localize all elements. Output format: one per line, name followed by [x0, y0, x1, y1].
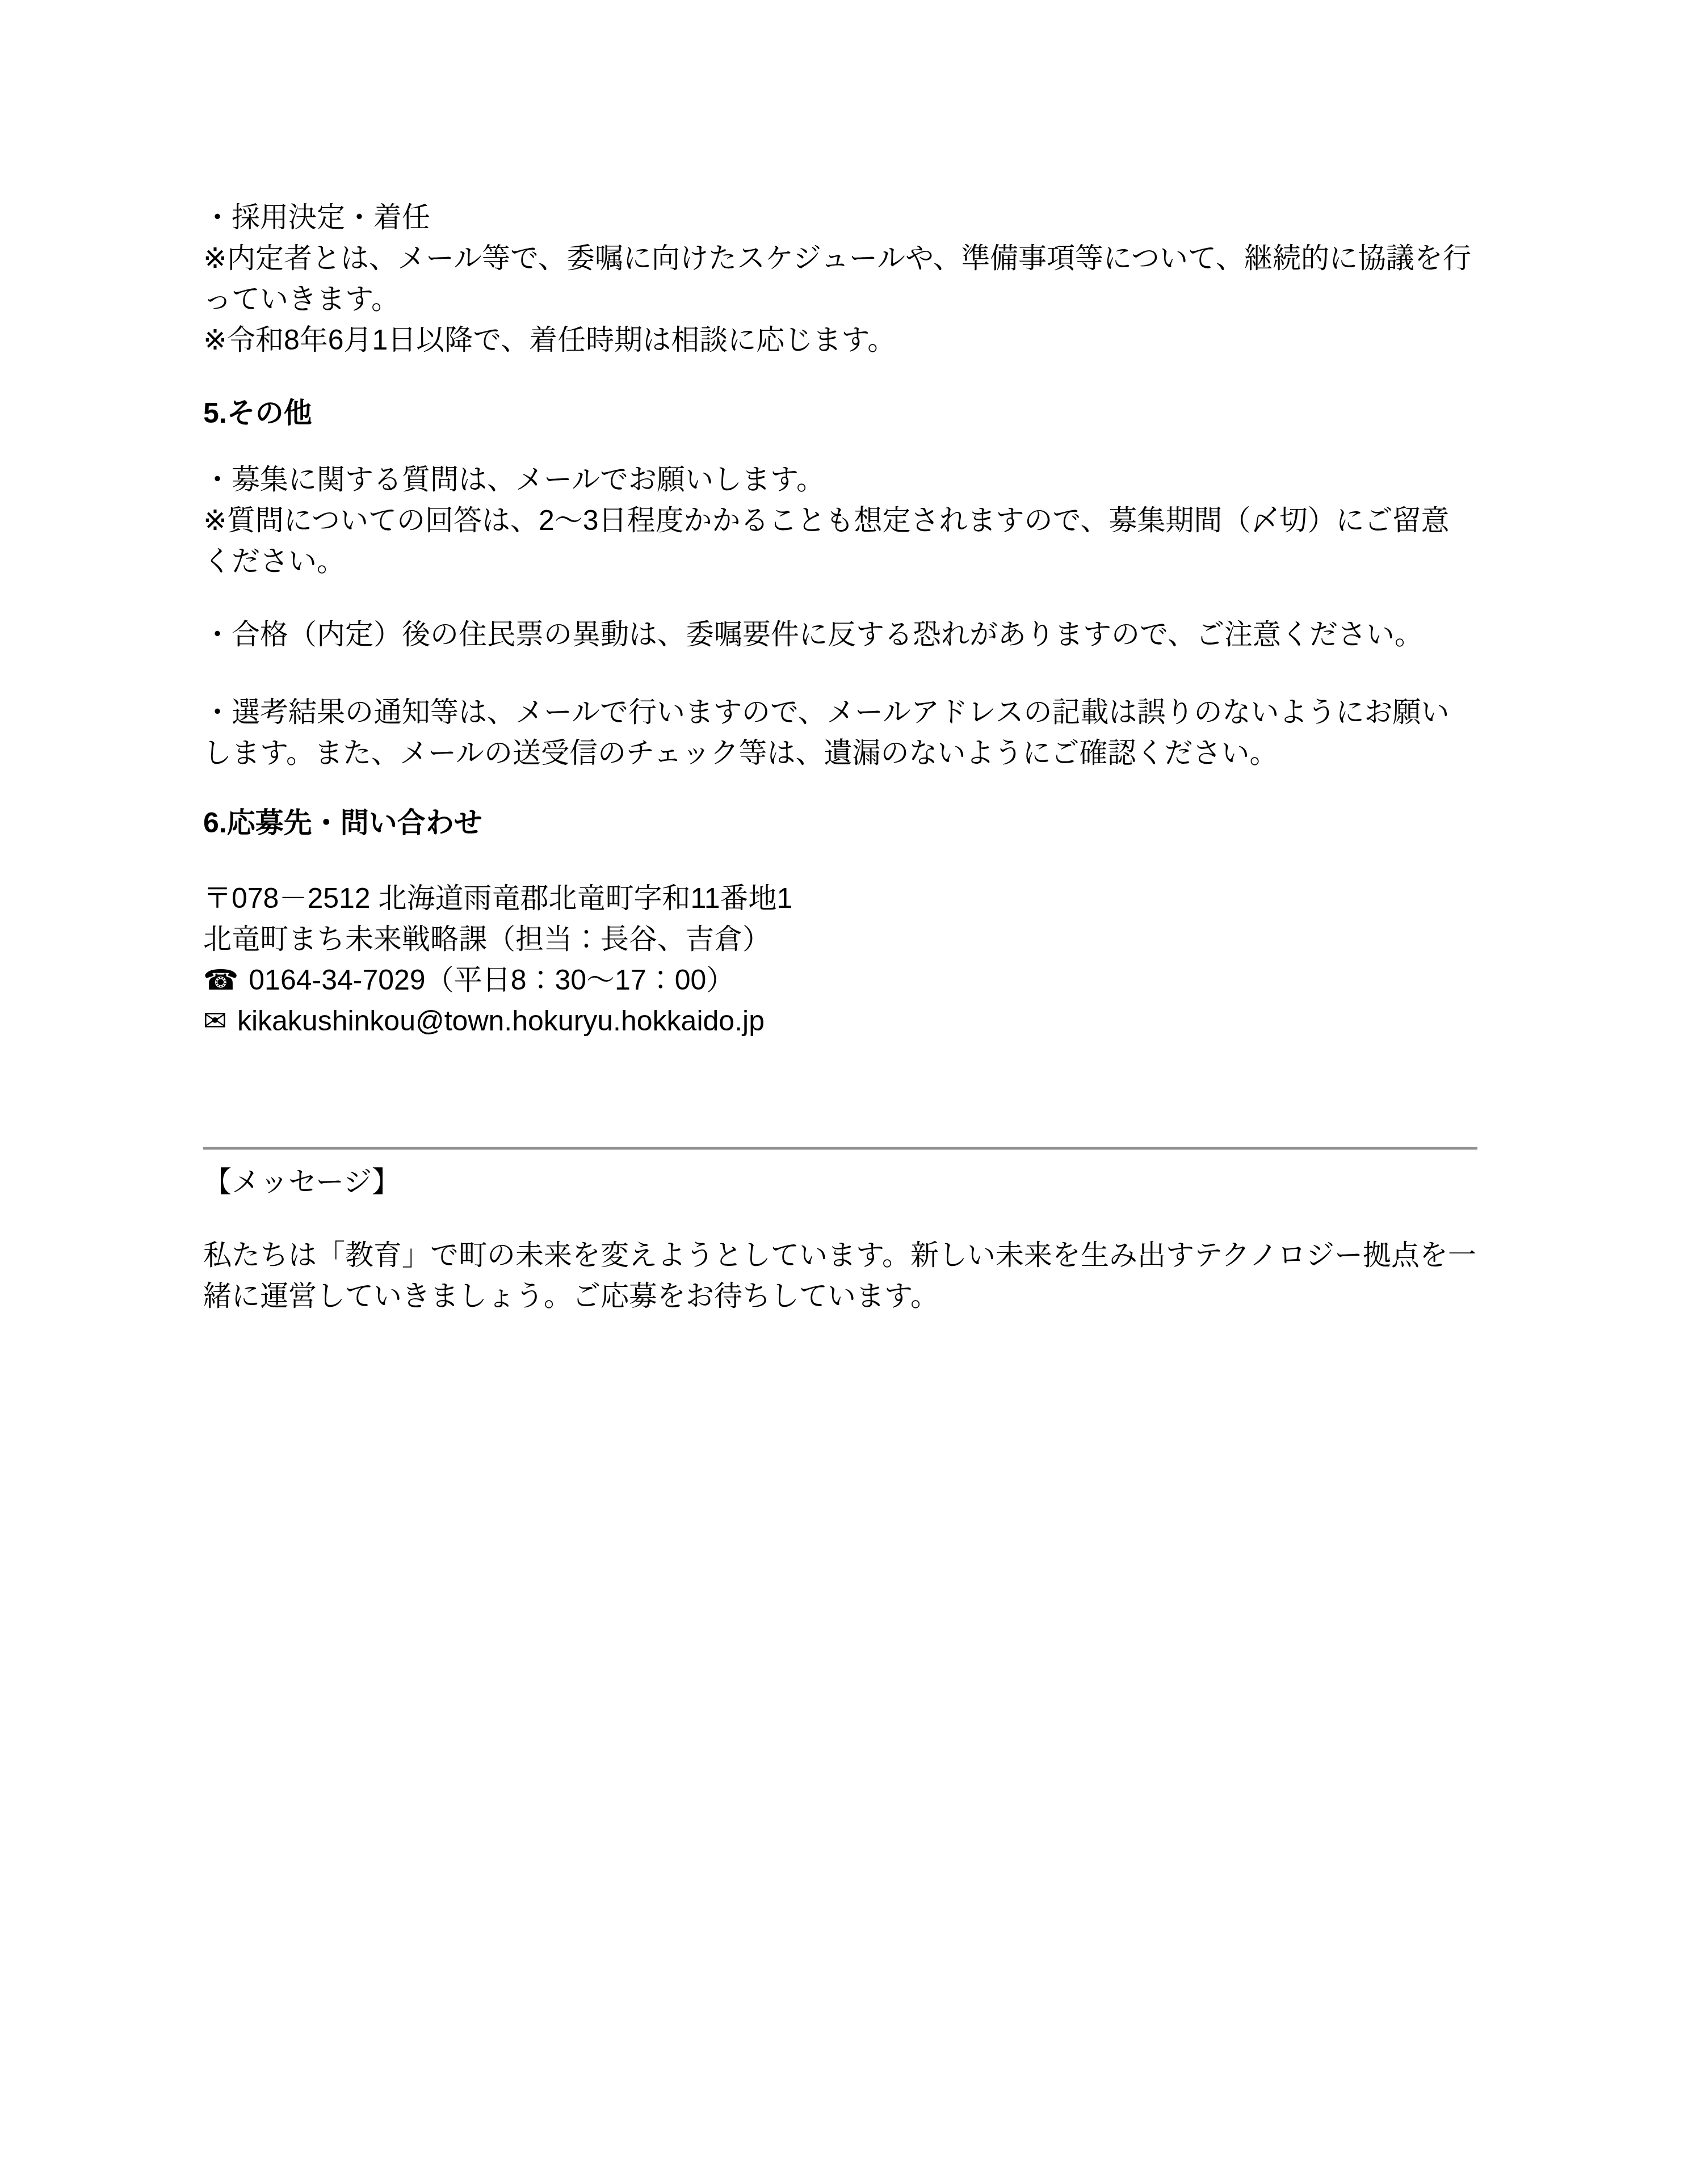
- paragraph-other-questions: ・募集に関する質問は、メールでお願いします。 ※質問についての回答は、2～3日程…: [203, 459, 1477, 582]
- results-note-line: ・選考結果の通知等は、メールで行いますので、メールアドレスの記載は誤りのないよう…: [203, 692, 1477, 773]
- paragraph-contact: 〒078－2512 北海道雨竜郡北竜町字和11番地1 北竜町まち未来戦略課（担当…: [203, 878, 1477, 1041]
- phone-icon: ☎: [203, 960, 238, 1000]
- appointment-note-2: ※令和8年6月1日以降で、着任時期は相談に応じます。: [203, 319, 1477, 360]
- paragraph-results-note: ・選考結果の通知等は、メールで行いますので、メールアドレスの記載は誤りのないよう…: [203, 692, 1477, 773]
- other-question-note: ※質問についての回答は、2～3日程度かかることも想定されますので、募集期間（〆切…: [203, 500, 1477, 582]
- appointment-note-1: ※内定者とは、メール等で、委嘱に向けたスケジュールや、準備事項等について、継続的…: [203, 238, 1477, 319]
- contact-phone-line: ☎0164-34-7029（平日8：30～17：00）: [203, 960, 1477, 1000]
- section-heading-contact: 6.応募先・問い合わせ: [203, 802, 1477, 843]
- paragraph-message: 私たちは「教育」で町の未来を変えようとしています。新しい未来を生み出すテクノロジ…: [203, 1235, 1477, 1316]
- contact-email-line: ✉kikakushinkou@town.hokuryu.hokkaido.jp: [203, 1000, 1477, 1041]
- appointment-title-line: ・採用決定・着任: [203, 197, 1477, 238]
- residence-note-line: ・合格（内定）後の住民票の異動は、委嘱要件に反する恐れがありますので、ご注意くだ…: [203, 614, 1477, 655]
- email-icon: ✉: [203, 1000, 227, 1041]
- contact-address-line-1: 〒078－2512 北海道雨竜郡北竜町字和11番地1: [203, 878, 1477, 919]
- contact-address-line-2: 北竜町まち未来戦略課（担当：長谷、吉倉）: [203, 919, 1477, 960]
- message-heading: 【メッセージ】: [203, 1162, 1477, 1202]
- phone-number: 0164-34-7029（平日8：30～17：00）: [249, 964, 734, 996]
- document-page: ・採用決定・着任 ※内定者とは、メール等で、委嘱に向けたスケジュールや、準備事項…: [0, 0, 1688, 2184]
- paragraph-appointment: ・採用決定・着任 ※内定者とは、メール等で、委嘱に向けたスケジュールや、準備事項…: [203, 197, 1477, 360]
- paragraph-residence-note: ・合格（内定）後の住民票の異動は、委嘱要件に反する恐れがありますので、ご注意くだ…: [203, 614, 1477, 655]
- other-question-line: ・募集に関する質問は、メールでお願いします。: [203, 459, 1477, 500]
- document-content: ・採用決定・着任 ※内定者とは、メール等で、委嘱に向けたスケジュールや、準備事項…: [203, 197, 1477, 1316]
- message-body: 私たちは「教育」で町の未来を変えようとしています。新しい未来を生み出すテクノロジ…: [203, 1235, 1477, 1316]
- section-heading-other: 5.その他: [203, 393, 1477, 434]
- section-divider: [203, 1147, 1477, 1150]
- email-address: kikakushinkou@town.hokuryu.hokkaido.jp: [237, 1005, 765, 1037]
